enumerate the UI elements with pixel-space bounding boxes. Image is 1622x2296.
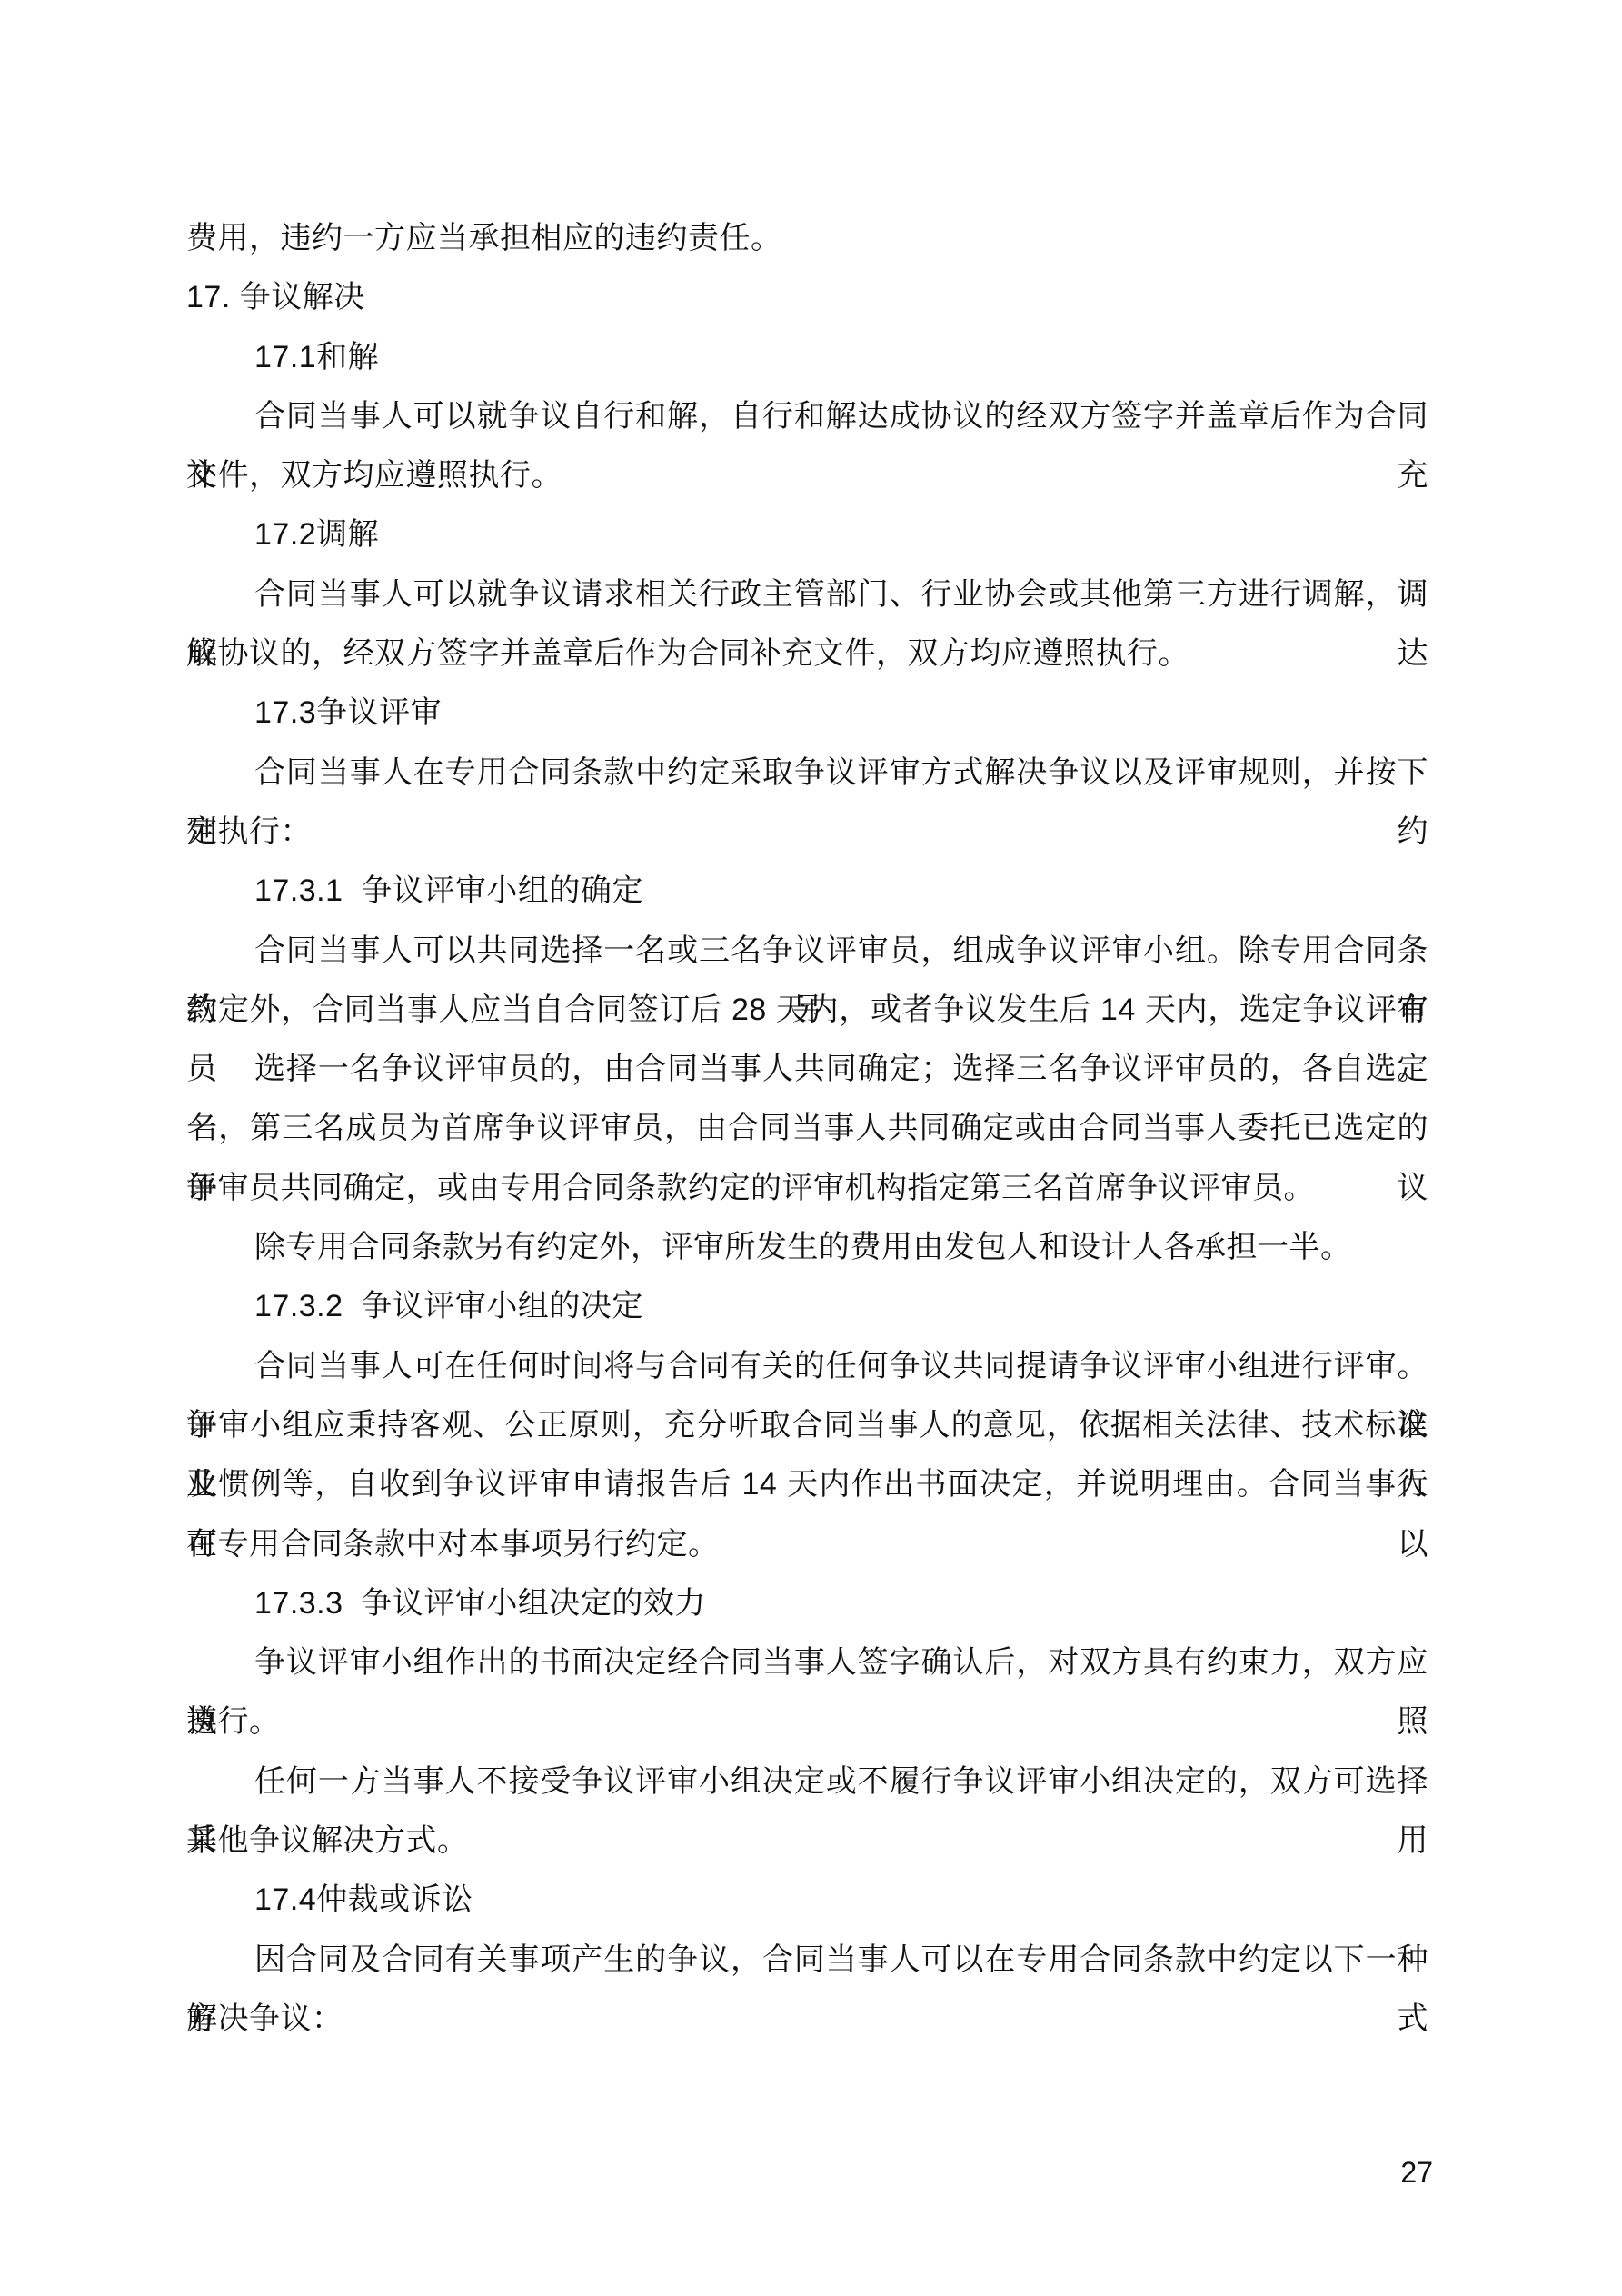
page-number: 27: [1400, 2156, 1433, 2189]
text-line: 名，第三名成员为首席争议评审员，由合同当事人共同确定或由合同当事人委托已选定的争…: [186, 1099, 1428, 1158]
text-line: 任何一方当事人不接受争议评审小组决定或不履行争议评审小组决定的，双方可选择采用: [186, 1752, 1428, 1812]
text-line: 17.3争议评审: [186, 684, 1428, 743]
text-line: 合同当事人在专用合同条款中约定采取争议评审方式解决争议以及评审规则，并按下列约: [186, 744, 1428, 803]
text-line: 选择一名争议评审员的，由合同当事人共同确定；选择三名争议评审员的，各自选定一: [186, 1040, 1428, 1099]
text-line: 17.1和解: [186, 328, 1428, 387]
text-line: 业惯例等，自收到争议评审申请报告后 14 天内作出书面决定，并说明理由。合同当事…: [186, 1455, 1428, 1514]
text-line: 合同当事人可在任何时间将与合同有关的任何争议共同提请争议评审小组进行评审。争议: [186, 1337, 1428, 1396]
document-page: 费用，违约一方应当承担相应的违约责任。17. 争议解决17.1和解合同当事人可以…: [0, 0, 1622, 2296]
text-line: 评审小组应秉持客观、公正原则，充分听取合同当事人的意见，依据相关法律、技术标准及…: [186, 1396, 1428, 1455]
text-line: 17. 争议解决: [186, 268, 1428, 327]
text-line: 合同当事人可以共同选择一名或三名争议评审员，组成争议评审小组。除专用合同条款另有: [186, 922, 1428, 981]
text-line: 17.3.1 争议评审小组的确定: [186, 862, 1428, 921]
text-line: 评审员共同确定，或由专用合同条款约定的评审机构指定第三名首席争议评审员。: [186, 1159, 1428, 1218]
text-line: 因合同及合同有关事项产生的争议，合同当事人可以在专用合同条款中约定以下一种方式: [186, 1931, 1428, 1990]
text-line: 争议评审小组作出的书面决定经合同当事人签字确认后，对双方具有约束力，双方应遵照: [186, 1633, 1428, 1692]
text-line: 约定外，合同当事人应当自合同签订后 28 天内，或者争议发生后 14 天内，选定…: [186, 981, 1428, 1040]
text-line: 17.3.3 争议评审小组决定的效力: [186, 1574, 1428, 1633]
text-line: 合同当事人可以就争议自行和解，自行和解达成协议的经双方签字并盖章后作为合同补充: [186, 387, 1428, 446]
text-line: 17.3.2 争议评审小组的决定: [186, 1277, 1428, 1336]
text-line: 除专用合同条款另有约定外，评审所发生的费用由发包人和设计人各承担一半。: [186, 1218, 1428, 1277]
document-lines: 费用，违约一方应当承担相应的违约责任。17. 争议解决17.1和解合同当事人可以…: [186, 209, 1428, 2049]
text-line: 17.4仲裁或诉讼: [186, 1871, 1428, 1930]
text-line: 17.2调解: [186, 505, 1428, 564]
text-line: 合同当事人可以就争议请求相关行政主管部门、行业协会或其他第三方进行调解，调解达: [186, 565, 1428, 624]
text-line: 费用，违约一方应当承担相应的违约责任。: [186, 209, 1428, 268]
